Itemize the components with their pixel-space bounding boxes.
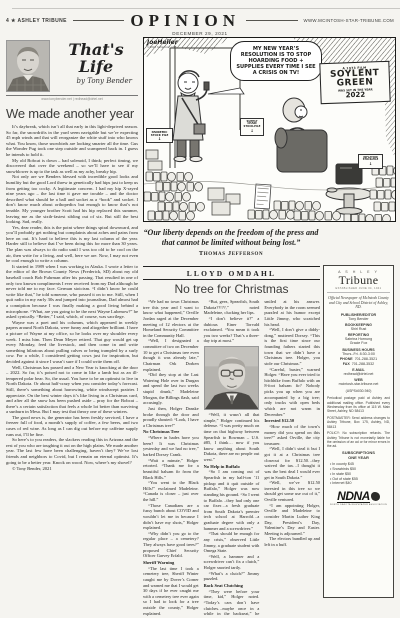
paragraph: So here’s to you readers, the slackers r… [6, 437, 138, 465]
column-title-line2: Life [54, 59, 138, 76]
author-contact: www.tonybender.net | redhead@drtel.net [6, 97, 138, 101]
columnist-name: LLOYD OMDAHL [143, 266, 320, 280]
speech-bubble: My new year’s resolution is to stop hoar… [230, 41, 322, 81]
down-arrow-icon: ↓ [242, 129, 262, 133]
column-byline: by Tony Bender [54, 77, 138, 85]
pandemic-stockpile-sign: PANDEMIC STOCK PILE ↓ [146, 128, 173, 143]
paragraph: “How much of the town’s money did you sp… [264, 424, 320, 447]
down-arrow-icon: ↓ [360, 162, 381, 166]
paragraph: “So I am coming out of Spearfish in my h… [204, 469, 260, 531]
paragraph: “Those Canadians are a fussy bunch about… [143, 503, 199, 531]
staff-roles: PUBLISHER/EDITORTony BenderBOOKKEEPINGSh… [327, 313, 390, 345]
paragraph: “Did they stop at the Last Watering Hole… [143, 372, 199, 406]
inflation-stockpile-sign: INFLATION STOCK-PILE ↓ [358, 154, 383, 169]
web-value: mcintosh-star-tribune.net [327, 382, 390, 386]
folio-left: 4 ★ ASHLEY TRIBUNE [6, 18, 67, 24]
header-rule-right [246, 20, 298, 21]
thats-life-column: That's Life by Tony Bender www.tonybende… [6, 40, 138, 471]
paragraph: “Well, I don’t give a diddy-dong,” mutte… [264, 327, 320, 366]
header-rule-left [73, 20, 125, 21]
paragraph: Wayne was a poet and his columns, which … [6, 320, 138, 365]
issue-date: DECEMBER 29, 2021 [6, 31, 394, 36]
official-newspaper-note: Official Newspaper of McIntosh County an… [327, 296, 390, 311]
masthead-established: ESTABLISHED JUNE 04, 1941 [327, 287, 390, 293]
paragraph: It started in 1989 when I was working in… [6, 264, 138, 320]
fax-label: FAX [343, 362, 350, 366]
paragraph: The good news is, the generator has been… [6, 415, 138, 437]
paragraph: “Well, a hammer and a screwdriver can’t … [204, 554, 260, 571]
section-title: OPINION [130, 12, 240, 29]
paragraph: Just then, Holger Danske broke through t… [143, 406, 199, 429]
paragraph: My old Bobcat is down – bad solenoid, I … [6, 158, 138, 175]
ndna-logo-graphic [371, 492, 380, 501]
omdahl-column: LLOYD OMDAHL No tree for Christmas “We h… [143, 266, 320, 618]
paragraph: “Well, it wasn’t all that simple,” Holge… [204, 412, 260, 463]
phone-label: PHONE [340, 357, 353, 361]
paragraph: “We had no town Christmas tree this year… [143, 299, 199, 338]
postmaster-note: POSTMASTER: Send address changes to Ashl… [327, 416, 390, 429]
page-header: 4 ★ ASHLEY TRIBUNE OPINION WWW.MCINTOSH-… [6, 12, 394, 36]
paragraph: “You went to the Black Hills!” exclaimed… [143, 480, 199, 503]
paragraph: “I am appointing Holger, Orville and Mad… [264, 503, 320, 537]
postage-note: Periodical postage paid at Ashley and ad… [327, 396, 390, 413]
paragraph: Well, Christmas has passed and a New Yea… [6, 365, 138, 415]
fax-number: 701-288-3532 [352, 362, 374, 366]
paragraph: The electors bundled up and left in a hu… [264, 536, 320, 547]
subscription-rates: • In county $45• Snowbirds $50• In state… [327, 462, 390, 486]
usps-number: (USPS#030-940) [327, 389, 390, 393]
paragraph: “But, geez, Spearfish, South Dakota??!??… [204, 299, 260, 316]
paragraph: It’s daybreak, which isn’t all that earl… [6, 124, 138, 158]
article-body: It’s daybreak, which isn’t all that earl… [6, 124, 138, 465]
article-headline: We made another year [6, 106, 138, 121]
paragraph: “Why didn’t you go to the regular place … [143, 531, 199, 559]
paragraph: “Well, I didn’t steal it but I got it at… [264, 446, 320, 480]
divider [6, 95, 138, 96]
masthead-sidebar: A S H L E Y Tribune ESTABLISHED JUNE 04,… [323, 265, 394, 598]
ndna-caption: NORTH DAKOTA NEWSPAPER ASSOCIATION [327, 504, 390, 506]
down-arrow-icon: ↓ [148, 137, 171, 141]
paragraph: “Well, we’ve $12.50 invested in this tre… [264, 480, 320, 503]
lloyd-omdahl-photo [204, 346, 260, 410]
page-edge-line [12, 8, 400, 9]
paragraph: “The last time I took a cemetery tree, S… [143, 566, 199, 617]
copyright-line: © Tony Bender, 2021 [6, 466, 138, 471]
paragraph: “What’s a clutch?” Jimmy puzzled. [204, 571, 260, 582]
supply-chain-stockpile-sign: SUPPLY CHAIN STOCK-PILE ↓ [240, 118, 264, 136]
subscriptions-title: SUBSCRIPTIONS ONE YEAR [327, 451, 390, 461]
soylent-green-poster: A 1973 FILM SOYLENT GREEN WAS SET IN THE… [319, 61, 390, 105]
quote-attribution: Thomas Jefferson [143, 250, 319, 257]
staff-line: Tony Bender [327, 317, 390, 321]
policy-note: POLICY: No subscription refunds. The Ash… [327, 431, 390, 448]
paragraph: “Careful, buster,” warned Holger. “Have … [264, 367, 320, 418]
editorial-cartoon: JoeHeller ©2021 hellertoon.com My new ye… [143, 37, 396, 222]
subscription-rate: • Internet $40 [330, 481, 390, 486]
fax-row: FAX 701-288-3532 [327, 362, 390, 366]
phone-row: PHONE 701-288-3521 [327, 357, 390, 361]
hours-value: Thurs.-Fri. 8:30-3:00 [327, 352, 390, 356]
phone-number: 701-288-3521 [355, 357, 377, 361]
article-body: “We had no town Christmas tree this year… [143, 299, 320, 618]
press-freedom-quote: “Our liberty depends on the freedom of t… [143, 228, 319, 257]
paragraph: “Wait a minute,” Holger retorted. “Thank… [143, 458, 199, 481]
paragraph: “I don’t believe it?” a dubious Einer To… [204, 316, 260, 344]
tony-bender-photo [6, 40, 50, 92]
ndna-logo: NDNA [327, 490, 390, 503]
paragraph: “Where in hades have you been? It was Ch… [143, 435, 199, 458]
staff-line: Gracie Fox [327, 341, 390, 345]
paragraph: Yes, dear reader, this is the point wher… [6, 225, 138, 264]
cartoonist-signature: JoeHeller ©2021 hellertoon.com [147, 40, 178, 49]
article-headline: No tree for Christmas [143, 282, 320, 296]
paragraph: “That should be enough for any crisis,” … [204, 531, 260, 554]
paragraph: “Well, I designated a committee of two o… [143, 338, 199, 372]
quote-text: “Our liberty depends on the freedom of t… [143, 228, 319, 248]
folio-website: WWW.MCINTOSH-STAR-TRIBUNE.COM [304, 18, 395, 23]
paragraph: Not only are we Benders blessed with inc… [6, 174, 138, 224]
masthead-name: Tribune [327, 274, 390, 287]
email-value: redhead@drtel.net [327, 372, 390, 376]
staff-line: Shirl Rust [327, 327, 390, 331]
